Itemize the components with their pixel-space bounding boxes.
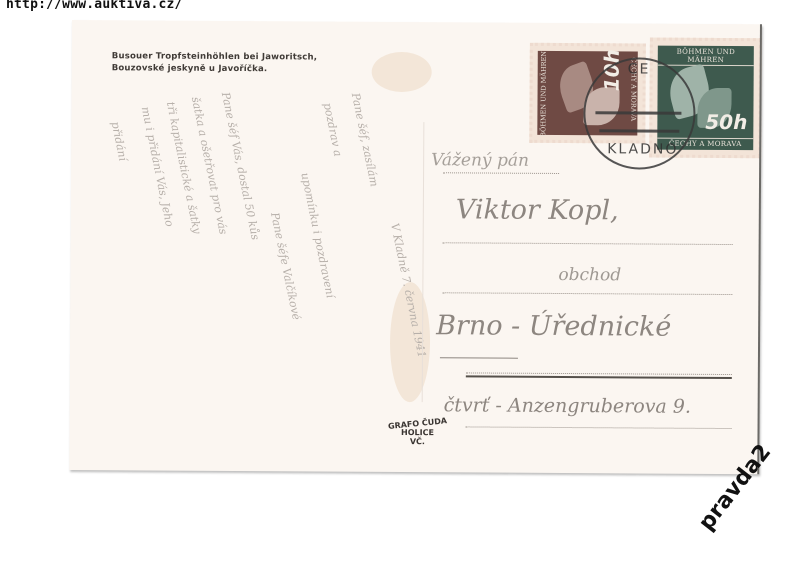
- stamp-country-top: BÖHMEN UND MÄHREN: [539, 51, 548, 137]
- address-line: [443, 172, 559, 174]
- address-line: [466, 426, 732, 429]
- stamp-denomination: 50h: [705, 110, 747, 134]
- printer-region: VČ.: [387, 437, 447, 446]
- address-line: [466, 372, 732, 375]
- message-line: pozdrav a: [321, 102, 345, 158]
- address-line: [442, 292, 732, 295]
- postmark-city: KLADNO: [607, 141, 678, 157]
- address-name: Viktor Kopl,: [456, 194, 619, 226]
- source-url: http://www.auktiva.cz/: [6, 0, 183, 12]
- postmark-bar: [599, 129, 679, 132]
- address-line: [443, 242, 733, 245]
- postmark-top-text: CE: [628, 61, 651, 77]
- message-line: přidání: [109, 120, 130, 162]
- age-stain: [372, 52, 432, 92]
- postmark-bar: [595, 111, 681, 115]
- postcard-back: Busouer Tropfsteinhöhlen bei Jaworitsch,…: [69, 20, 762, 474]
- message-line: upomínku i pozdravení: [298, 171, 337, 299]
- address-occupation: obchod: [558, 265, 621, 285]
- address-city: Brno - Úřednické: [436, 310, 671, 342]
- message-line: Pane šéfe Valčíkové: [268, 211, 303, 321]
- caption-line-czech: Bouzovské jeskyně u Javoříčka.: [112, 62, 317, 75]
- photo-caption: Busouer Tropfsteinhöhlen bei Jaworitsch,…: [112, 50, 318, 75]
- message-line: Pane šéf, zasílám: [349, 92, 381, 188]
- stamp-country-top: BÖHMEN UND MÄHREN: [658, 48, 754, 67]
- city-underline: [440, 357, 518, 358]
- handwritten-message: Pane šéf, zasílám pozdrav a upomínku i p…: [72, 20, 762, 24]
- address-block: Vážený pán Viktor Kopl, obchod Brno - Úř…: [72, 20, 762, 24]
- postmark: CE KLADNO: [583, 57, 696, 170]
- printer-mark: GRAFO ČUDA HOLICE VČ.: [387, 419, 447, 446]
- address-rule: [466, 375, 732, 379]
- address-street: čtvrť - Anzengruberova 9.: [444, 394, 691, 418]
- address-salutation: Vážený pán: [431, 150, 529, 171]
